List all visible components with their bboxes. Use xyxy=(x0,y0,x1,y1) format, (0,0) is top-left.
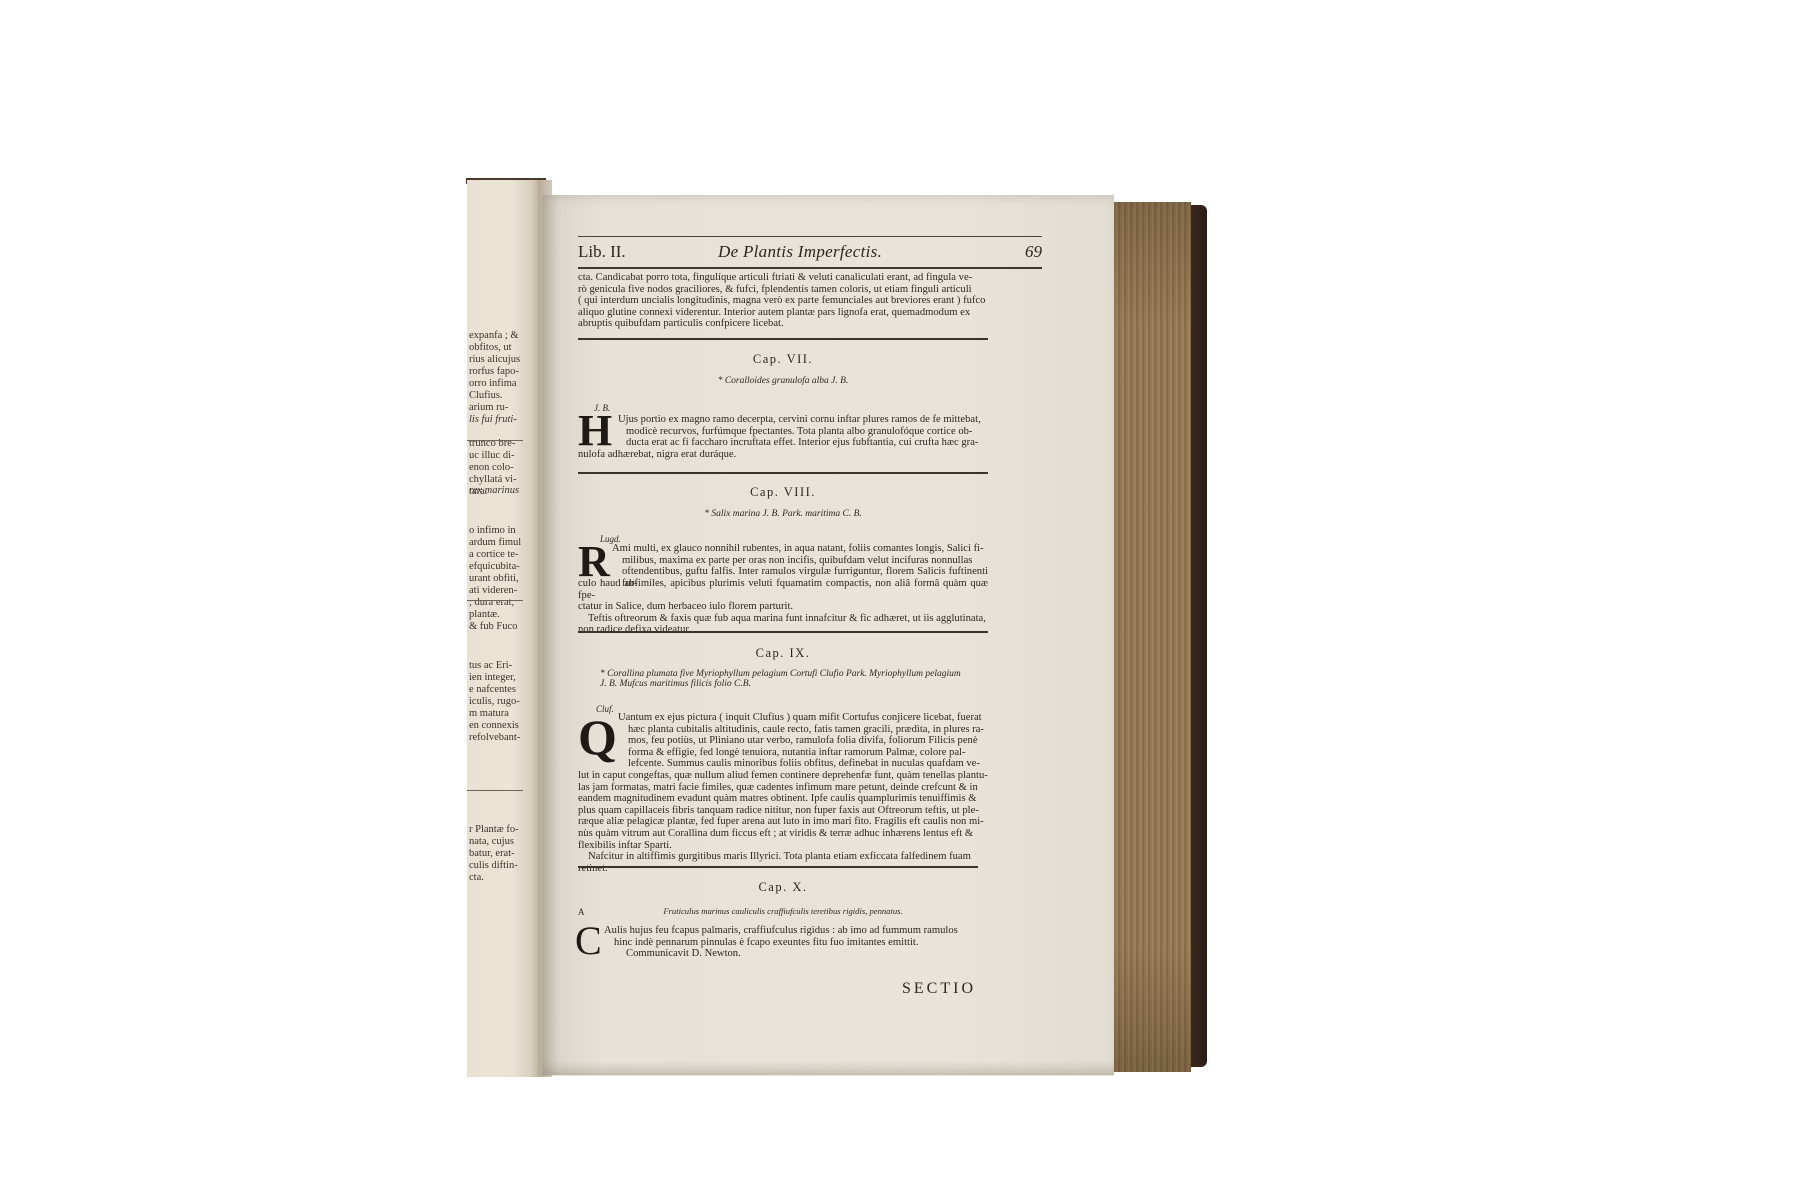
left-page-line: rius alicujus xyxy=(469,354,520,366)
continuation-paragraph: cta. Candicabat porro tota, fingulíque a… xyxy=(578,272,988,330)
left-page-line: ardum fimul xyxy=(469,537,521,549)
chapter-synonym-10: Fruticulus marinus cauliculis craffiufcu… xyxy=(578,906,988,916)
section-rule xyxy=(578,338,988,340)
text-line: ræque aliæ pelagicæ plantæ, fed fuper ar… xyxy=(578,816,988,828)
text-line: Uantum ex ejus pictura ( inquit Clufius … xyxy=(618,712,988,724)
book-number: Lib. II. xyxy=(578,242,626,262)
chapter-7-last-line: nulofa adhærebat, nigra erat duráque. xyxy=(578,449,988,461)
left-page-line: obfitos, ut xyxy=(469,342,512,354)
page-fore-edge xyxy=(1108,202,1191,1072)
chapter-heading-9: Cap. IX. xyxy=(578,646,988,661)
left-page-line: en connexis xyxy=(469,720,519,732)
text-line: ( qui interdum uncialis longitudinis, ma… xyxy=(578,295,988,307)
text-line: hæc planta cubitalis altitudinis, caule … xyxy=(618,724,988,736)
text-line: Nafcitur in altiffimis gurgitibus maris … xyxy=(578,851,988,863)
text-line: nùs quàm vitrum aut Corallina dum ficcus… xyxy=(578,828,988,840)
left-page-line: & fub Fuco xyxy=(469,621,517,633)
chapter-7-paragraph: Ujus portio ex magno ramo decerpta, cerv… xyxy=(618,414,988,449)
chapter-synonym-7: * Coralloides granulofa alba J. B. xyxy=(578,376,988,386)
text-line: abruptis quibufdam particulis confpicere… xyxy=(578,318,988,330)
text-line: forma & effigie, fed longè tenuiora, nut… xyxy=(618,747,988,759)
chapter-9-continuation: lut in caput congeftas, quæ nullum aliud… xyxy=(578,770,988,874)
chapter-synonym-9: * Corallina plumata five Myriophyllum pe… xyxy=(578,669,988,689)
chapter-10-paragraph: Aulis hujus feu fcapus palmaris, craffiu… xyxy=(604,925,988,960)
text-line: culo haud abfimiles, apicibus plurimis v… xyxy=(578,578,988,601)
open-book: expanfa ; &obfitos, utrius alicujusrorfu… xyxy=(0,0,1800,1200)
left-page-line: arium ru- xyxy=(469,402,508,414)
page-shadow xyxy=(542,1060,1114,1076)
left-page-line: plantæ. xyxy=(469,609,500,621)
left-page-line: lis fui fruti- xyxy=(469,414,517,426)
left-page-line: r Plantæ fo- xyxy=(469,824,519,836)
text-line: hinc indè pennarum pinnulas è fcapo exeu… xyxy=(604,937,988,949)
text-line: rò genicula five nodos graciliores, & fu… xyxy=(578,284,988,296)
left-page-line: rorfus fapo- xyxy=(469,366,519,378)
running-title: De Plantis Imperfectis. xyxy=(718,242,882,262)
left-page-rule xyxy=(467,790,523,791)
left-page-line: m matura xyxy=(469,708,509,720)
text-line: Aulis hujus feu fcapus palmaris, craffiu… xyxy=(604,925,988,937)
text-line: eandem magnitudinem evadunt quàm matres … xyxy=(578,793,988,805)
section-rule xyxy=(578,866,978,868)
chapter-heading-7: Cap. VII. xyxy=(578,352,988,367)
left-page-line: uc illuc di- xyxy=(469,450,515,462)
left-page-line: orro infima xyxy=(469,378,517,390)
left-page-line: expanfa ; & xyxy=(469,330,519,342)
left-page-line: iculis, rugo- xyxy=(469,696,520,708)
text-line: Ujus portio ex magno ramo decerpta, cerv… xyxy=(618,414,988,426)
chapter-9-paragraph: Uantum ex ejus pictura ( inquit Clufius … xyxy=(618,712,988,770)
left-page: expanfa ; &obfitos, utrius alicujusrorfu… xyxy=(467,180,542,1077)
left-page-line: o infimo in xyxy=(469,525,516,537)
text-line: ducta erat ac fi faccharo incruftata eff… xyxy=(618,437,988,449)
left-page-line: tus ac Eri- xyxy=(469,660,512,672)
synonym-line: J. B. Mufcus maritimus filicis folio C.B… xyxy=(600,679,988,689)
left-page-line: ; dura erat, xyxy=(469,597,514,609)
text-line: retinet. xyxy=(578,863,988,875)
drop-cap-9: Q xyxy=(578,712,617,762)
text-line: mos, feu potiùs, ut Pliniano utar verbo,… xyxy=(618,735,988,747)
text-line: las jam formatas, matri facie fimiles, q… xyxy=(578,782,988,794)
header-rule-bottom xyxy=(578,267,1042,269)
left-page-line: cta. xyxy=(469,872,484,884)
left-page-line: urant obfiti, xyxy=(469,573,519,585)
chapter-heading-8: Cap. VIII. xyxy=(578,485,988,500)
chapter-synonym-8: * Salix marina J. B. Park. maritima C. B… xyxy=(578,509,988,519)
left-page-line: a cortice te- xyxy=(469,549,519,561)
left-page-line: efquicubita- xyxy=(469,561,520,573)
text-line: lut in caput congeftas, quæ nullum aliud… xyxy=(578,770,988,782)
left-page-line: enon colo- xyxy=(469,462,514,474)
text-line: cta. Candicabat porro tota, fingulíque a… xyxy=(578,272,988,284)
text-line: flexibilis inftar Sparti. xyxy=(578,840,988,852)
catchword: SECTIO xyxy=(902,980,976,998)
header-rule-top xyxy=(578,236,1042,237)
drop-cap-8: R xyxy=(578,543,610,581)
section-rule xyxy=(578,631,988,633)
left-page-line: nata, cujus xyxy=(469,836,514,848)
text-line: lefcente. Summus caulis minoribus foliis… xyxy=(618,758,988,770)
left-page-line: refolvebant- xyxy=(469,732,520,744)
left-page-line: ati videren- xyxy=(469,585,517,597)
left-page-line: culis diftin- xyxy=(469,860,518,872)
left-page-line: batur, erat- xyxy=(469,848,515,860)
left-page-line: e nafcentes xyxy=(469,684,516,696)
chapter-heading-10: Cap. X. xyxy=(578,880,988,895)
section-rule xyxy=(578,472,988,474)
left-page-line: ien integer, xyxy=(469,672,516,684)
text-line: milibus, maxima ex parte per oras non in… xyxy=(612,555,988,567)
text-line: ctatur in Salice, dum herbaceo iulo flor… xyxy=(578,601,988,613)
text-line: aliquo glutine connexi viderentur. Inter… xyxy=(578,307,988,319)
text-line: Ami multi, ex glauco nonnihil rubentes, … xyxy=(612,543,988,555)
credit-line: Communicavit D. Newton. xyxy=(604,948,988,960)
drop-cap-10: C xyxy=(575,923,602,959)
text-line: plus quam capillaceis fibris tanquam rad… xyxy=(578,805,988,817)
drop-cap-7: H xyxy=(578,412,612,450)
synonym-line: * Corallina plumata five Myriophyllum pe… xyxy=(600,669,988,679)
left-page-line: Clufius. xyxy=(469,390,503,402)
running-header: Lib. II. De Plantis Imperfectis. 69 xyxy=(578,240,1042,268)
left-page-rule xyxy=(467,440,523,441)
left-page-line: rex marinus xyxy=(469,485,519,497)
page-number: 69 xyxy=(1025,242,1042,262)
text-line: Teftis oftreorum & faxis quæ fub aqua ma… xyxy=(578,613,988,625)
text-line: modicè recurvos, furfúmque fpectantes. T… xyxy=(618,426,988,438)
chapter-8-continuation: culo haud abfimiles, apicibus plurimis v… xyxy=(578,578,988,636)
left-page-rule xyxy=(467,600,523,601)
